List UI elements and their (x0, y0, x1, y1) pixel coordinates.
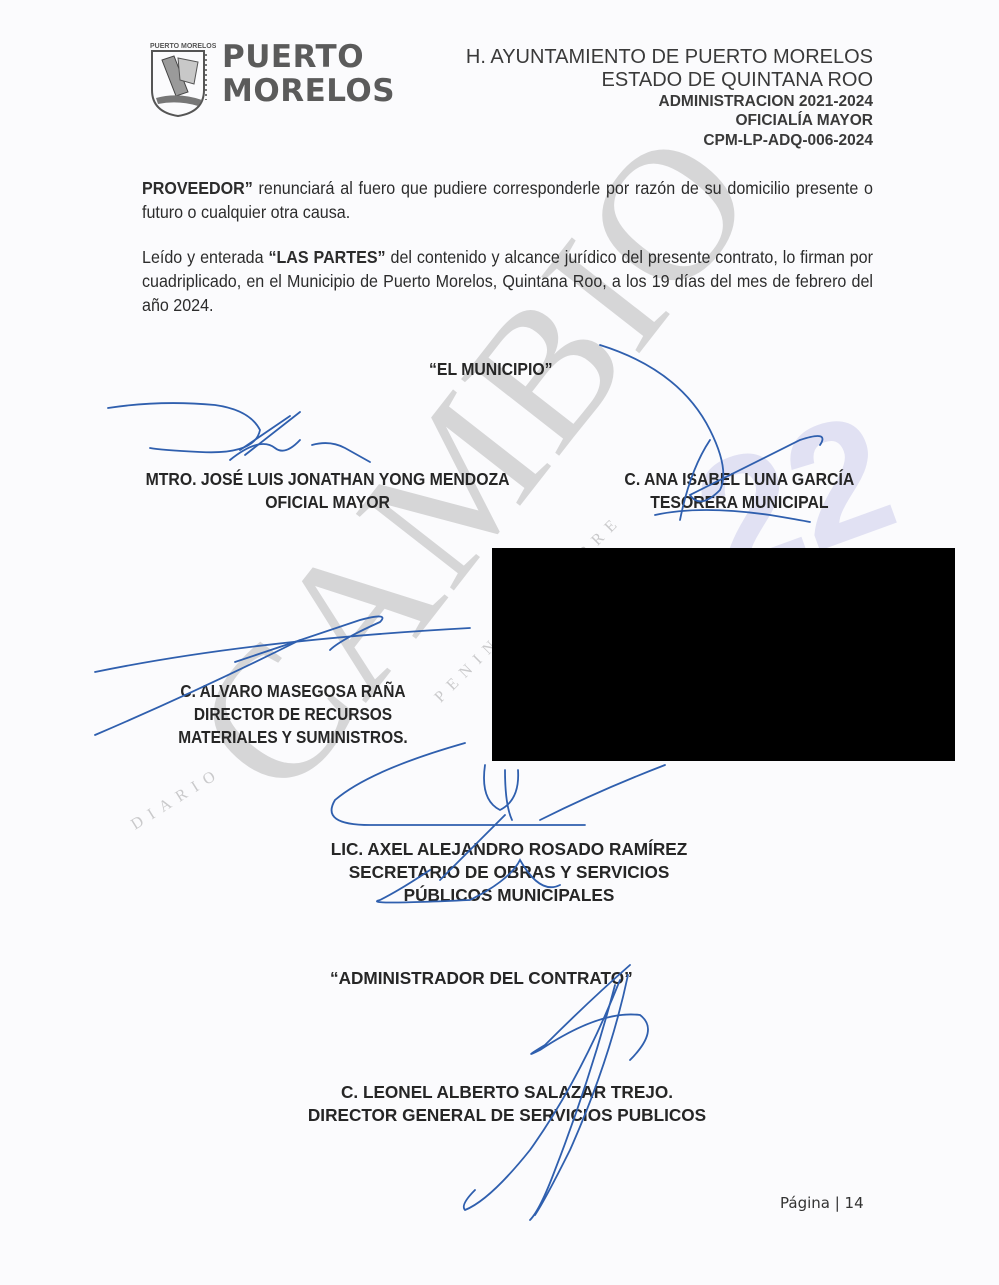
page-number: Página | 14 (780, 1194, 864, 1212)
handwritten-signatures (0, 0, 999, 1285)
